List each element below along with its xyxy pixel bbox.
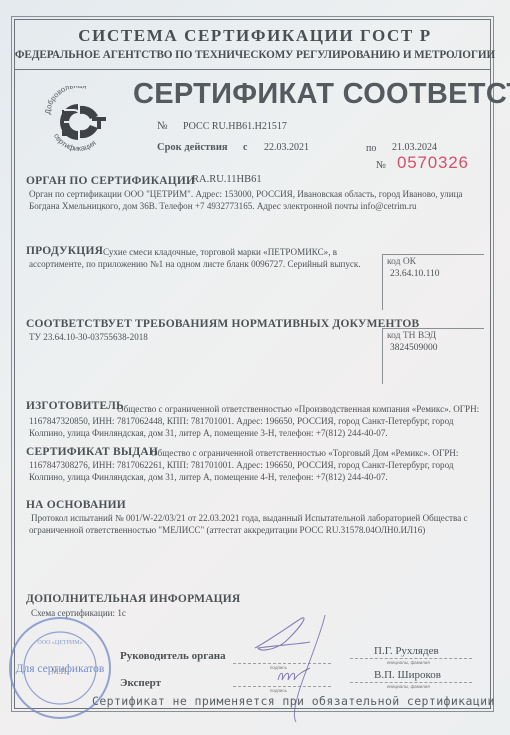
certification-body-line1: Орган по сертификации ООО "ЦЕТРИМ". Адре… [29, 188, 462, 201]
compliance-document: ТУ 23.64.10-30-03755638-2018 [29, 331, 148, 344]
issued-to-line1: Общество с ограниченной ответственностью… [151, 447, 458, 460]
expert-name-line [350, 682, 472, 683]
certification-body-heading: ОРГАН ПО СЕРТИФИКАЦИИ [26, 175, 195, 187]
product-line2: ассортименте, по приложению №1 на одном … [29, 258, 361, 271]
svg-text:ООО «ЦЕТРИМ»: ООО «ЦЕТРИМ» [37, 640, 82, 646]
manufacturer-line2: 1167847320850, ИНН: 7817062448, КПП: 781… [29, 415, 453, 428]
validity-from-label: с [243, 142, 247, 153]
handwritten-signature-icon [240, 610, 360, 730]
issued-to-line2: 1167847308276, ИНН: 7817062261, КПП: 781… [29, 459, 453, 472]
tnved-code-box: код ТН ВЭД 3824509000 [382, 328, 484, 384]
certificate-title: СЕРТИФИКАТ СООТВЕТСТВИЯ [133, 78, 510, 111]
svg-text:М.П.: М.П. [52, 667, 69, 676]
manufacturer-line3: Колпино, улица Финляндская, дом 31, лите… [29, 427, 388, 440]
tnved-code-value: 3824509000 [387, 343, 480, 353]
agency-name: ФЕДЕРАЛЬНОЕ АГЕНТСТВО ПО ТЕХНИЧЕСКОМУ РЕ… [0, 49, 510, 61]
basis-heading: НА ОСНОВАНИИ [26, 499, 126, 511]
expert-label: Эксперт [120, 677, 161, 689]
head-of-body-name: П.Г. Рухлядев [374, 645, 439, 657]
okpd-code-value: 23.64.10.110 [387, 269, 480, 279]
system-title: СИСТЕМА СЕРТИФИКАЦИИ ГОСТ Р [0, 26, 510, 46]
basis-line1: Протокол испытаний № 001/W-22/03/21 от 2… [31, 512, 468, 525]
product-line1: Сухие смеси кладочные, торговой марки «П… [103, 246, 337, 259]
head-of-body-label: Руководитель органа [120, 650, 226, 662]
issued-to-line3: Колпино, улица Финляндская, дом 31, лите… [29, 471, 388, 484]
valid-from-date: 22.03.2021 [264, 142, 309, 153]
additional-info-heading: ДОПОЛНИТЕЛЬНАЯ ИНФОРМАЦИЯ [26, 593, 240, 605]
validity-label: Срок действия [157, 142, 228, 153]
blank-number-label: № [376, 160, 386, 171]
compliance-heading: СООТВЕТСТВУЕТ ТРЕБОВАНИЯМ НОРМАТИВНЫХ ДО… [26, 318, 419, 330]
head-name-caption: инициалы, фамилия [387, 660, 430, 665]
blank-number: 0570326 [397, 153, 469, 173]
manufacturer-heading: ИЗГОТОВИТЕЛЬ [26, 400, 124, 412]
head-name-line [350, 658, 472, 659]
okpd-code-box: код ОК 23.64.10.110 [382, 254, 484, 310]
gost-r-logo-icon: Добровольная сертификация [40, 86, 114, 158]
header-divider [14, 69, 491, 70]
validity-to-label: по [366, 143, 376, 154]
voluntary-certification-note: Сертификат не применяется при обязательн… [92, 694, 495, 708]
manufacturer-line1: Общество с ограниченной ответственностью… [117, 403, 479, 416]
issued-to-heading: СЕРТИФИКАТ ВЫДАН [26, 446, 158, 458]
certification-body-code: RA.RU.11HB61 [192, 174, 262, 185]
certificate-number: РОСС RU.HB61.H21517 [183, 121, 287, 132]
basis-line2: ограниченной ответственностью "МЕЛИСС" (… [29, 524, 425, 537]
certificate-number-label: № [157, 120, 168, 132]
certification-body-line2: Богдана Хмельницкого, дом 36В. Телефон +… [29, 200, 417, 213]
expert-name-caption: инициалы, фамилия [387, 684, 430, 689]
valid-to-date: 21.03.2024 [392, 142, 437, 153]
product-heading: ПРОДУКЦИЯ [26, 245, 103, 257]
expert-name: В.П. Широков [374, 669, 441, 681]
okpd-code-label: код ОК [387, 257, 480, 267]
tnved-code-label: код ТН ВЭД [387, 331, 480, 341]
